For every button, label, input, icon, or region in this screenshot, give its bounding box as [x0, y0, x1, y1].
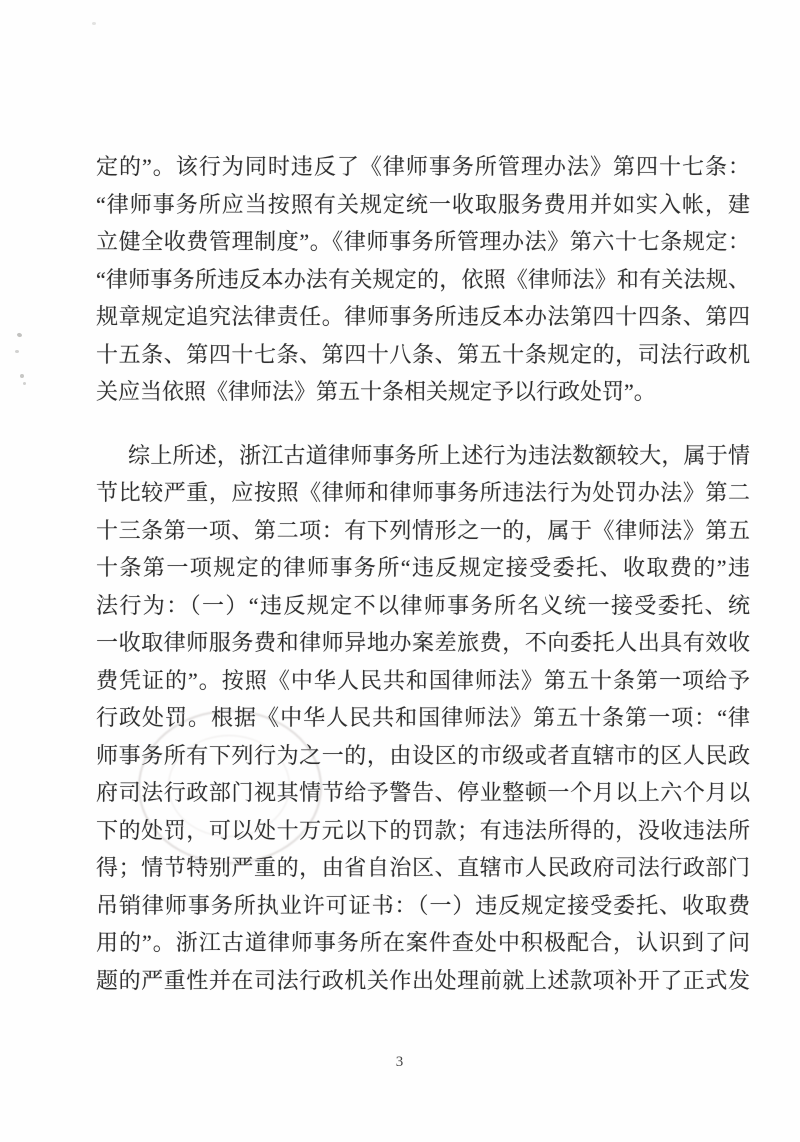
paragraph: 综上所述，浙江古道律师事务所上述行为违法数额较大，属于情节比较严重，应按照《律师…	[96, 437, 750, 1000]
text-line: “律师事务所应当按照有关规定统一收取服务费用并如实入帐，建	[96, 186, 750, 224]
scan-speck	[20, 374, 24, 378]
scan-speck	[92, 22, 96, 25]
text-line: 十三条第一项、第二项：有下列情形之一的，属于《律师法》第五	[96, 512, 750, 550]
text-line: 费凭证的”。按照《中华人民共和国律师法》第五十条第一项给予	[96, 662, 750, 700]
text-line: 十五条、第四十七条、第四十八条、第五十条规定的，司法行政机	[96, 336, 750, 374]
document-page: 定的”。该行为同时违反了《律师事务所管理办法》第四十七条：“律师事务所应当按照有…	[0, 0, 800, 1142]
document-body-text: 定的”。该行为同时违反了《律师事务所管理办法》第四十七条：“律师事务所应当按照有…	[96, 148, 750, 999]
text-line: 节比较严重，应按照《律师和律师事务所违法行为处罚办法》第二	[96, 474, 750, 512]
text-line: 师事务所有下列行为之一的，由设区的市级或者直辖市的区人民政	[96, 737, 750, 775]
text-line: 法行为：（一）“违反规定不以律师事务所名义统一接受委托、统	[96, 587, 750, 625]
page-number: 3	[0, 1054, 800, 1071]
text-line: 十条第一项规定的律师事务所“违反规定接受委托、收取费的”违	[96, 549, 750, 587]
text-line: 府司法行政部门视其情节给予警告、停业整顿一个月以上六个月以	[96, 774, 750, 812]
scan-speck	[15, 350, 19, 353]
text-line: 立健全收费管理制度”。《律师事务所管理办法》第六十七条规定：	[96, 223, 750, 261]
text-line: 题的严重性并在司法行政机关作出处理前就上述款项补开了正式发	[96, 962, 750, 1000]
text-line: 行政处罚。根据《中华人民共和国律师法》第五十条第一项：“律	[96, 699, 750, 737]
text-line: 下的处罚，可以处十万元以下的罚款；有违法所得的，没收违法所	[96, 812, 750, 850]
text-line: 综上所述，浙江古道律师事务所上述行为违法数额较大，属于情	[96, 437, 750, 475]
text-line: 用的”。浙江古道律师事务所在案件查处中积极配合，认识到了问	[96, 924, 750, 962]
scan-speck	[23, 382, 26, 385]
text-line: 关应当依照《律师法》第五十条相关规定予以行政处罚”。	[96, 373, 750, 411]
text-line: 规章规定追究法律责任。律师事务所违反本办法第四十四条、第四	[96, 298, 750, 336]
text-line: 得；情节特别严重的，由省自治区、直辖市人民政府司法行政部门	[96, 849, 750, 887]
paragraph: 定的”。该行为同时违反了《律师事务所管理办法》第四十七条：“律师事务所应当按照有…	[96, 148, 750, 411]
scan-speck	[16, 332, 22, 337]
text-line: “律师事务所违反本办法有关规定的，依照《律师法》和有关法规、	[96, 261, 750, 299]
text-line: 吊销律师事务所执业许可证书：（一）违反规定接受委托、收取费	[96, 887, 750, 925]
text-line: 定的”。该行为同时违反了《律师事务所管理办法》第四十七条：	[96, 148, 750, 186]
text-line: 一收取律师服务费和律师异地办案差旅费，不向委托人出具有效收	[96, 624, 750, 662]
